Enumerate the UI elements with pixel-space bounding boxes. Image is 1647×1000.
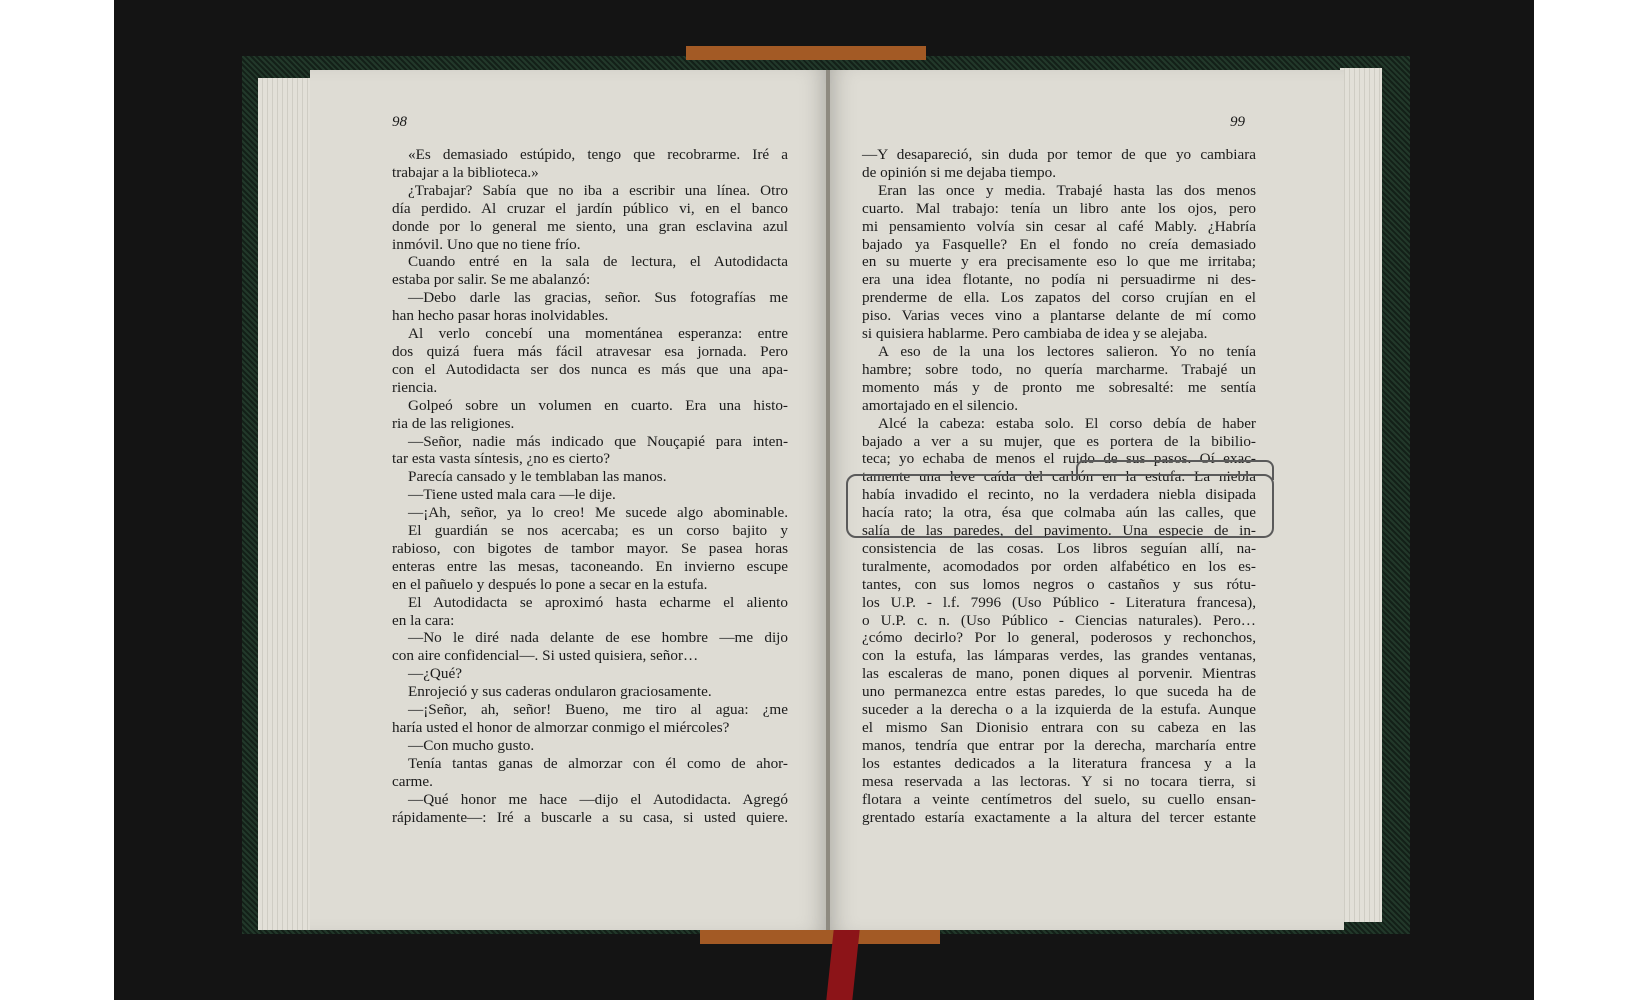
- text-line: grentado estaría exactamente a la altura…: [862, 809, 1256, 827]
- right-page-text: —Y desapareció, sin duda por temor de qu…: [862, 146, 1256, 826]
- text-line: —Y desapareció, sin duda por temor de qu…: [862, 146, 1256, 164]
- text-line: hacía rato; la otra, ésa que colmaba aún…: [862, 504, 1256, 522]
- text-line: teca; yo echaba de menos el ruido de sus…: [862, 450, 1256, 468]
- text-line: tar esta vasta síntesis, ¿no es cierto?: [392, 450, 788, 468]
- text-line: enteras entre las mesas, taconeando. En …: [392, 558, 788, 576]
- text-line: o U.P. c. n. (Uso Público - Ciencias nat…: [862, 612, 1256, 630]
- text-line: estaba por salir. Se me abalanzó:: [392, 271, 788, 289]
- text-line: manos, tendría que entrar por la derecha…: [862, 737, 1256, 755]
- text-line: El Autodidacta se aproximó hasta echarme…: [392, 594, 788, 612]
- text-line: —Con mucho gusto.: [392, 737, 788, 755]
- page-number-left: 98: [392, 114, 407, 131]
- text-line: ria de las religiones.: [392, 415, 788, 433]
- text-line: el mismo San Dionisio entrara con su cab…: [862, 719, 1256, 737]
- left-page-text: «Es demasiado estúpido, tengo que recobr…: [392, 146, 788, 826]
- text-line: hambre; sobre todo, no quería marcharme.…: [862, 361, 1256, 379]
- text-line: ¿cómo decirlo? Por lo general, poderosos…: [862, 629, 1256, 647]
- text-line: El guardián se nos acercaba; es un corso…: [392, 522, 788, 540]
- text-line: Cuando entré en la sala de lectura, el A…: [392, 253, 788, 271]
- text-line: Al verlo concebí una momentánea esperanz…: [392, 325, 788, 343]
- text-line: Parecía cansado y le temblaban las manos…: [392, 468, 788, 486]
- text-line: las escaleras de mano, ponen diques al p…: [862, 665, 1256, 683]
- headband-top: [686, 46, 926, 60]
- text-line: riencia.: [392, 379, 788, 397]
- text-line: inmóvil. Uno que no tiene frío.: [392, 236, 788, 254]
- text-line: si quisiera hablarme. Pero cambiaba de i…: [862, 325, 1256, 343]
- text-line: rabioso, con bigotes de tambor mayor. Se…: [392, 540, 788, 558]
- text-line: había invadido el recinto, no la verdade…: [862, 486, 1256, 504]
- headband-bottom: [700, 930, 940, 944]
- text-line: uno permanezca entre estas paredes, lo q…: [862, 683, 1256, 701]
- text-line: bajado a ver a su mujer, que es portera …: [862, 433, 1256, 451]
- text-line: haría usted el honor de almorzar conmigo…: [392, 719, 788, 737]
- text-line: amortajado en el silencio.: [862, 397, 1256, 415]
- book-gutter: [826, 70, 830, 930]
- text-line: piso. Varias veces vino a plantarse dela…: [862, 307, 1256, 325]
- text-line: tamente una leve caída del carbón en la …: [862, 468, 1256, 486]
- text-line: en el pañuelo y después lo pone a secar …: [392, 576, 788, 594]
- text-line: flotara a veinte centímetros del suelo, …: [862, 791, 1256, 809]
- text-line: era una idea flotante, no podía ni persu…: [862, 271, 1256, 289]
- page-edges-left: [258, 78, 318, 930]
- text-line: Alcé la cabeza: estaba solo. El corso de…: [862, 415, 1256, 433]
- text-line: Eran las once y media. Trabajé hasta las…: [862, 182, 1256, 200]
- text-line: —¡Ah, señor, ya lo creo! Me sucede algo …: [392, 504, 788, 522]
- text-line: dos quizá fuera más fácil atravesar esa …: [392, 343, 788, 361]
- text-line: con aire confidencial—. Si usted quisier…: [392, 647, 788, 665]
- text-line: turalmente, acomodados por orden alfabét…: [862, 558, 1256, 576]
- text-line: cuarto. Mal trabajo: tenía un libro ante…: [862, 200, 1256, 218]
- text-line: A eso de la una los lectores salieron. Y…: [862, 343, 1256, 361]
- page-number-right: 99: [1230, 114, 1245, 131]
- text-line: —Tiene usted mala cara —le dije.: [392, 486, 788, 504]
- text-line: Tenía tantas ganas de almorzar con él co…: [392, 755, 788, 773]
- text-line: —Qué honor me hace —dijo el Autodidacta.…: [392, 791, 788, 809]
- text-line: carme.: [392, 773, 788, 791]
- text-line: momento más y de pronto me sobresalté: m…: [862, 379, 1256, 397]
- text-line: salía de las paredes, del pavimento. Una…: [862, 522, 1256, 540]
- text-line: han hecho pasar horas inolvidables.: [392, 307, 788, 325]
- text-line: «Es demasiado estúpido, tengo que recobr…: [392, 146, 788, 164]
- text-line: en su muerte y era precisamente eso lo q…: [862, 253, 1256, 271]
- text-line: rápidamente—: Iré a buscarle a su casa, …: [392, 809, 788, 827]
- text-line: día perdido. Al cruzar el jardín público…: [392, 200, 788, 218]
- text-line: de opinión si me dejaba tiempo.: [862, 164, 1256, 182]
- text-line: suceder a la derecha o a la izquierda de…: [862, 701, 1256, 719]
- text-line: los estantes dedicados a la literatura f…: [862, 755, 1256, 773]
- text-line: tantes, con sus lomos negros o castaños …: [862, 576, 1256, 594]
- page-edges-right: [1340, 68, 1382, 922]
- text-line: —No le diré nada delante de ese hombre —…: [392, 629, 788, 647]
- text-line: —Debo darle las gracias, señor. Sus foto…: [392, 289, 788, 307]
- text-line: Golpeó sobre un volumen en cuarto. Era u…: [392, 397, 788, 415]
- text-line: consistencia de las cosas. Los libros se…: [862, 540, 1256, 558]
- text-line: —¿Qué?: [392, 665, 788, 683]
- text-line: mesa reservada a las lectoras. Y si no t…: [862, 773, 1256, 791]
- text-line: Enrojeció y sus caderas ondularon gracio…: [392, 683, 788, 701]
- text-line: —¡Señor, ah, señor! Bueno, me tiro al ag…: [392, 701, 788, 719]
- text-line: con la estufa, las lámparas verdes, las …: [862, 647, 1256, 665]
- text-line: con el Autodidacta ser dos nunca es más …: [392, 361, 788, 379]
- text-line: ¿Trabajar? Sabía que no iba a escribir u…: [392, 182, 788, 200]
- text-line: —Señor, nadie más indicado que Nouçapié …: [392, 433, 788, 451]
- text-line: mi pensamiento volvía sin cesar al café …: [862, 218, 1256, 236]
- text-line: en la cara:: [392, 612, 788, 630]
- text-line: prenderme de ella. Los zapatos del corso…: [862, 289, 1256, 307]
- text-line: los U.P. - l.f. 7996 (Uso Público - Lite…: [862, 594, 1256, 612]
- text-line: bajado ya Fasquelle? En el fondo no creí…: [862, 236, 1256, 254]
- text-line: trabajar a la biblioteca.»: [392, 164, 788, 182]
- text-line: donde por lo general me siento, una gran…: [392, 218, 788, 236]
